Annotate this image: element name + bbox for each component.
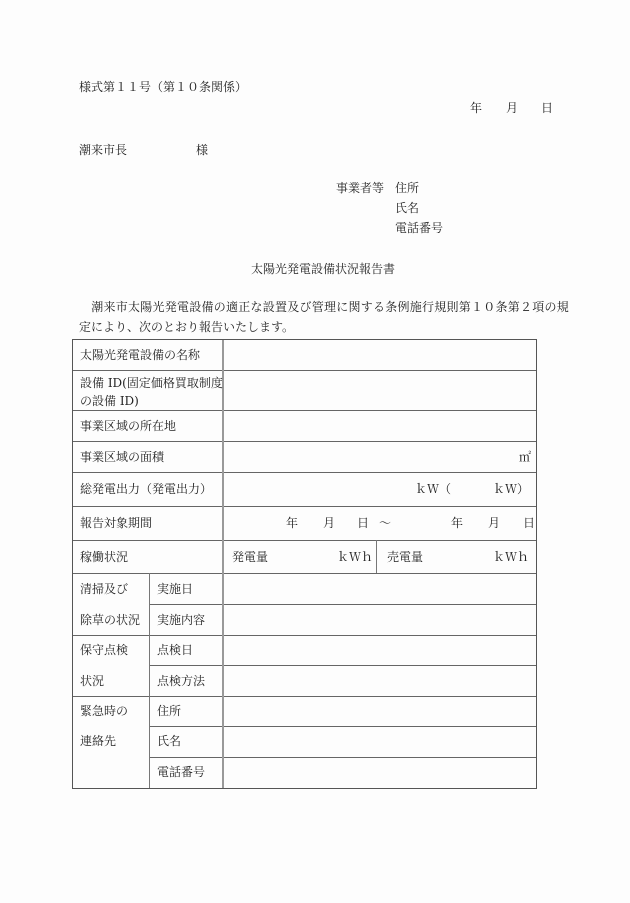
label-insp-date: 点検日 (157, 643, 193, 657)
report-table: 太陽光発電設備の名称 設備 ID(固定価格買取制度 の設備 ID) 事業区域の所… (72, 339, 537, 789)
honorific: 様 (196, 143, 208, 157)
period-end-day: 日 (523, 516, 535, 530)
period-end-month: 月 (488, 516, 500, 530)
period-tilde: ～ (379, 516, 391, 530)
area-unit: ㎡ (519, 450, 531, 464)
label-period: 報告対象期間 (80, 516, 152, 530)
label-impl-date: 実施日 (157, 582, 193, 596)
label-area: 事業区域の面積 (80, 450, 164, 464)
period-start-day: 日 (357, 516, 369, 530)
output-unit-2: ｋＷ） (493, 482, 529, 496)
date-day: 日 (541, 101, 553, 115)
form-number: 様式第１１号（第１０条関係） (79, 80, 247, 94)
label-maint-2: 状況 (80, 674, 104, 688)
period-start-year: 年 (286, 516, 298, 530)
applicant-phone-label: 電話番号 (395, 221, 443, 235)
applicant-address-label: 住所 (395, 181, 419, 195)
label-operation: 稼働状況 (80, 550, 128, 564)
label-location: 事業区域の所在地 (80, 419, 176, 433)
applicant-name-label: 氏名 (395, 201, 419, 215)
period-start-month: 月 (323, 516, 335, 530)
generated-unit: ｋＷｈ (337, 550, 373, 564)
date-year: 年 (470, 101, 482, 115)
label-maint-1: 保守点検 (80, 643, 128, 657)
label-emerg-address: 住所 (157, 704, 181, 718)
addressee: 潮来市長 (79, 143, 127, 157)
date-month: 月 (506, 101, 518, 115)
label-emerg-phone: 電話番号 (157, 765, 205, 779)
label-cleaning-1: 清掃及び (80, 582, 128, 596)
document-title: 太陽光発電設備状況報告書 (251, 262, 395, 276)
body-line-2: 定により、次のとおり報告いたします。 (79, 320, 294, 334)
label-facility-name: 太陽光発電設備の名称 (80, 348, 200, 362)
label-sold: 売電量 (387, 550, 423, 564)
output-unit-1: ｋＷ（ (415, 482, 451, 496)
label-emerg-2: 連絡先 (80, 734, 116, 748)
label-generated: 発電量 (232, 550, 268, 564)
sold-unit: ｋＷｈ (493, 550, 529, 564)
label-emerg-name: 氏名 (157, 734, 181, 748)
label-output: 総発電出力（発電出力） (80, 482, 212, 496)
label-facility-id-1: 設備 ID(固定価格買取制度 (80, 376, 223, 390)
label-cleaning-2: 除草の状況 (80, 613, 140, 627)
label-emerg-1: 緊急時の (80, 704, 128, 718)
label-facility-id-2: の設備 ID) (80, 394, 139, 408)
period-end-year: 年 (451, 516, 463, 530)
applicant-label: 事業者等 (336, 181, 384, 195)
label-impl-content: 実施内容 (157, 613, 205, 627)
body-line-1: 潮来市太陽光発電設備の適正な設置及び管理に関する条例施行規則第１０条第２項の規 (79, 300, 569, 314)
label-insp-method: 点検方法 (157, 674, 205, 688)
